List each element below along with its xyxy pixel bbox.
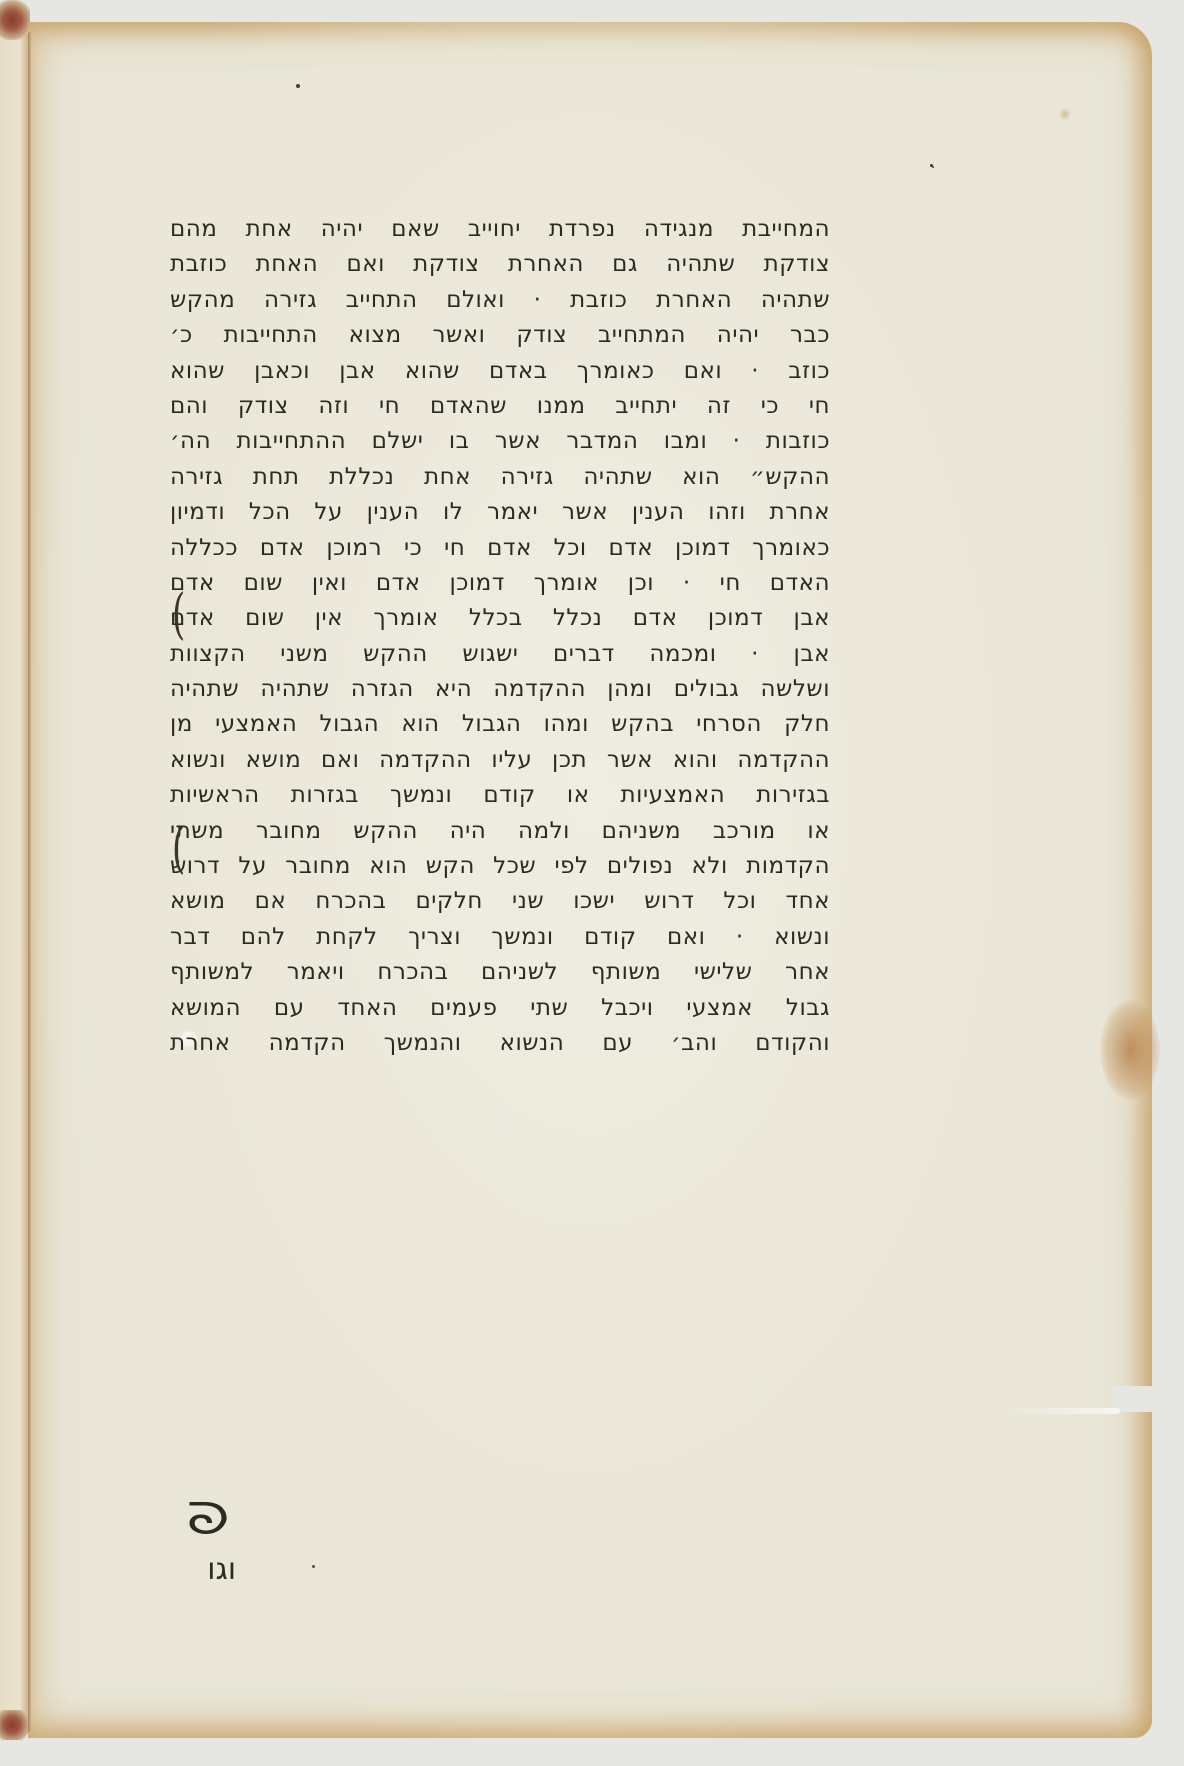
catchword-flourish-icon: ᘓ: [169, 1494, 247, 1538]
text-line-9: אחרת וזהו הענין אשר יאמר לו הענין על הכל…: [170, 495, 830, 530]
binding-thread-top: [0, 0, 30, 40]
text-line-20: אחד וכל דרוש ישכו שני חלקים בהכרח אם מוש…: [170, 884, 830, 919]
text-line-7: כוזבות · ומבו המדבר אשר בו ישלם ההתחייבו…: [170, 424, 830, 459]
text-line-5: כוזב · ואם כאומרך באדם שהוא אבן וכאבן שה…: [170, 354, 830, 389]
text-line-6: חי כי זה יתחייב ממנו שהאדם חי וזה צודק ו…: [170, 389, 830, 424]
text-line-2: צודקת שתהיה גם האחרת צודקת ואם האחת כוזב…: [170, 247, 830, 282]
ink-speck: [312, 1565, 315, 1568]
text-line-17: בגזירות האמצעיות או קודם ונמשך בגזרות הר…: [170, 778, 830, 813]
text-line-1: המחייבת מנגידה נפרדת יחוייב שאם יהיה אחת…: [170, 212, 830, 247]
text-line-11: האדם חי · וכן אומרך דמוכן אדם ואין שום א…: [170, 566, 830, 601]
text-line-18: או מורכב משניהם ולמה היה ההקש מחובר משתי: [170, 814, 830, 849]
text-line-13: אבן · ומכמה דברים ישגוש ההקש משני הקצוות: [170, 637, 830, 672]
text-line-15: חלק הסרחי בהקש ומהו הגבול הוא הגבול האמצ…: [170, 707, 830, 742]
catchword: ᘓ וגו: [176, 1494, 236, 1587]
text-line-12: אבן דמוכן אדם נכלל בכלל אומרך אין שום אד…: [170, 601, 830, 636]
text-line-16: ההקדמה והוא אשר תכן עליו ההקדמה ואם מושא…: [170, 743, 830, 778]
text-line-10: כאומרך דמוכן אדם וכל אדם חי כי רמוכן אדם…: [170, 531, 830, 566]
manuscript-text-block: המחייבת מנגידה נפרדת יחוייב שאם יהיה אחת…: [170, 212, 830, 1061]
text-line-19: הקדמות ולא נפולים לפי שכל הקש הוא מחובר …: [170, 849, 830, 884]
text-line-14: ושלשה גבולים ומהן ההקדמה היא הגזרה שתהיה…: [170, 672, 830, 707]
text-line-24: והקודם והב׳ עם הנשוא והנמשך הקדמה אחרת: [170, 1026, 830, 1061]
text-line-8: ההקש״ הוא שתהיה גזירה אחת נכללת תחת גזיר…: [170, 460, 830, 495]
margin-bracket-mark: (: [172, 822, 185, 876]
ink-speck: [932, 166, 934, 168]
text-line-4: כבר יהיה המתחייב צודק ואשר מצוא התחייבות…: [170, 318, 830, 353]
tear-crease: [1000, 1408, 1120, 1414]
facing-page-edge: [0, 34, 28, 1734]
catchword-text: וגו: [176, 1552, 236, 1587]
text-line-22: אחר שלישי משותף לשניהם בהכרח ויאמר למשות…: [170, 955, 830, 990]
ink-speck: [296, 84, 300, 88]
binding-thread-bottom: [0, 1710, 30, 1740]
text-line-21: ונשוא · ואם קודם ונמשך וצריך לקחת להם דב…: [170, 920, 830, 955]
gutter-fold: [28, 32, 31, 1732]
text-line-3: שתהיה האחרת כוזבת · ואולם התחייב גזירה מ…: [170, 283, 830, 318]
margin-bracket-mark: (: [172, 588, 185, 642]
text-line-23: גבול אמצעי ויכבל שתי פעמים האחד עם המושא: [170, 991, 830, 1026]
